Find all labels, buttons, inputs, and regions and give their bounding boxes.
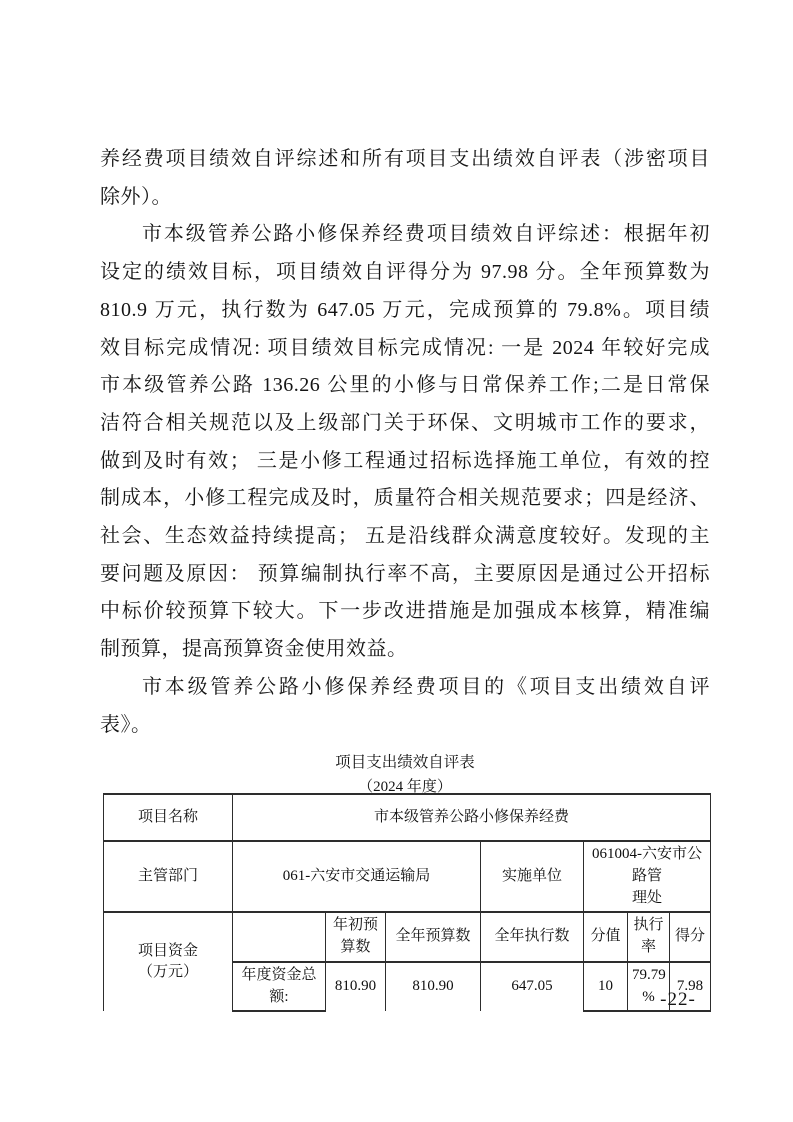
body-line: 洁符合相关规范以及上级部门关于环保、文明城市工作的要求， — [100, 405, 710, 443]
body-line: 市本级管养公路小修保养经费项目绩效自评综述：根据年初 — [100, 216, 710, 254]
body-line: 中标价较预算下较大。下一步改进措施是加强成本核算，精准编 — [100, 593, 710, 631]
body-line: 810.9 万元，执行数为 647.05 万元，完成预算的 79.8%。项目绩 — [100, 292, 710, 330]
col-initial-budget: 年初预 算数 — [326, 912, 386, 962]
col-points: 分值 — [584, 912, 628, 962]
project-funds-label: 项目资金 （万元） — [104, 912, 233, 1011]
table-title: 项目支出绩效自评表 — [100, 750, 710, 772]
dept-value: 061-六安市交通运输局 — [233, 841, 481, 912]
body-line: 除外）。 — [100, 179, 710, 217]
col-annual-exec: 全年执行数 — [481, 912, 584, 962]
total-points: 10 — [584, 962, 628, 1012]
col-score: 得分 — [670, 912, 711, 962]
body-line: 表》。 — [100, 707, 710, 745]
body-line: 养经费项目绩效自评综述和所有项目支出绩效自评表（涉密项目 — [100, 141, 710, 179]
col-exec-rate: 执行 率 — [628, 912, 670, 962]
total-annual-exec: 647.05 — [481, 962, 584, 1012]
body-line: 制成本，小修工程完成及时，质量符合相关规范要求；四是经济、 — [100, 480, 710, 518]
body-line: 设定的绩效目标，项目绩效自评得分为 97.98 分。全年预算数为 — [100, 254, 710, 292]
body-line: 市本级管养公路 136.26 公里的小修与日常保养工作;二是日常保 — [100, 367, 710, 405]
project-name-label: 项目名称 — [104, 794, 233, 841]
page-number: -22- — [648, 989, 708, 1011]
dept-label: 主管部门 — [104, 841, 233, 912]
total-funds-label: 年度资金总额: — [233, 962, 326, 1012]
body-line: 效目标完成情况: 项目绩效目标完成情况: 一是 2024 年较好完成 — [100, 330, 710, 368]
funds-sublabel-empty — [233, 912, 326, 962]
body-line: 做到及时有效； 三是小修工程通过招标选择施工单位，有效的控 — [100, 443, 710, 481]
body-line: 市本级管养公路小修保养经费项目的《项目支出绩效自评 — [100, 669, 710, 707]
total-initial-budget: 810.90 — [326, 962, 386, 1012]
project-name-value: 市本级管养公路小修保养经费 — [233, 794, 711, 841]
impl-unit-label: 实施单位 — [481, 841, 584, 912]
body-text: 养经费项目绩效自评综述和所有项目支出绩效自评表（涉密项目 除外）。 市本级管养公… — [100, 141, 710, 744]
self-eval-table: 项目名称 市本级管养公路小修保养经费 主管部门 061-六安市交通运输局 实施单… — [103, 793, 711, 1012]
document-page: 养经费项目绩效自评综述和所有项目支出绩效自评表（涉密项目 除外）。 市本级管养公… — [0, 0, 793, 1122]
body-line: 制预算，提高预算资金使用效益。 — [100, 631, 710, 669]
body-line: 要问题及原因： 预算编制执行率不高，主要原因是通过公开招标 — [100, 556, 710, 594]
col-annual-budget: 全年预算数 — [386, 912, 481, 962]
total-annual-budget: 810.90 — [386, 962, 481, 1012]
impl-unit-value: 061004-六安市公路管 理处 — [584, 841, 711, 912]
body-line: 社会、生态效益持续提高； 五是沿线群众满意度较好。发现的主 — [100, 518, 710, 556]
